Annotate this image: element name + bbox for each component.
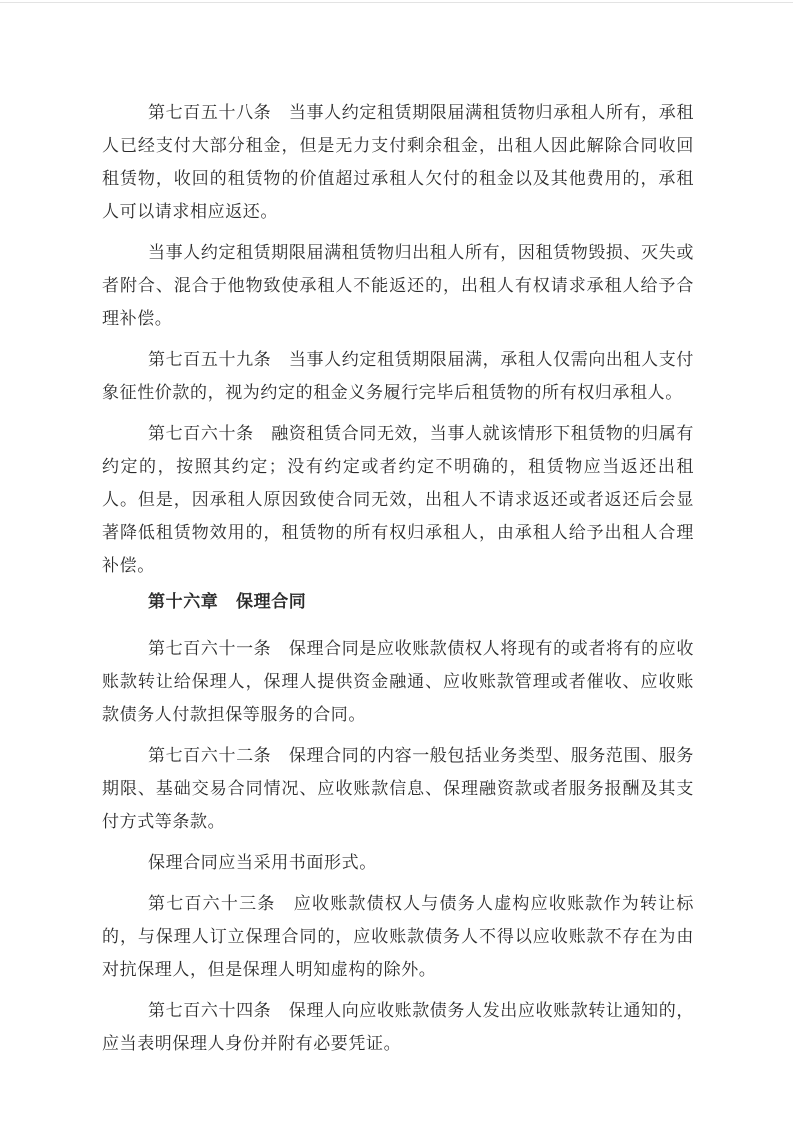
article-paragraph: 第七百六十条 融资租赁合同无效，当事人就该情形下租赁物的归属有约定的，按照其约定… bbox=[102, 418, 694, 583]
document-page: 第七百五十八条 当事人约定租赁期限届满租赁物归承租人所有，承租人已经支付大部分租… bbox=[0, 0, 793, 1122]
article-paragraph: 第七百六十四条 保理人向应收账款债务人发出应收账款转让通知的，应当表明保理人身份… bbox=[102, 995, 694, 1061]
article-paragraph: 第七百五十八条 当事人约定租赁期限届满租赁物归承租人所有，承租人已经支付大部分租… bbox=[102, 97, 694, 229]
article-paragraph: 第七百六十二条 保理合同的内容一般包括业务类型、服务范围、服务期限、基础交易合同… bbox=[102, 740, 694, 839]
chapter-heading: 第十六章 保理合同 bbox=[102, 586, 694, 619]
article-paragraph: 当事人约定租赁期限届满租赁物归出租人所有，因租赁物毁损、灭失或者附合、混合于他物… bbox=[102, 237, 694, 336]
document-body: 第七百五十八条 当事人约定租赁期限届满租赁物归承租人所有，承租人已经支付大部分租… bbox=[102, 97, 694, 1069]
article-paragraph: 第七百六十一条 保理合同是应收账款债权人将现有的或者将有的应收账款转让给保理人，… bbox=[102, 633, 694, 732]
article-paragraph: 保理合同应当采用书面形式。 bbox=[102, 847, 694, 880]
article-paragraph: 第七百五十九条 当事人约定租赁期限届满，承租人仅需向出租人支付象征性价款的，视为… bbox=[102, 344, 694, 410]
article-paragraph: 第七百六十三条 应收账款债权人与债务人虚构应收账款作为转让标的，与保理人订立保理… bbox=[102, 888, 694, 987]
page-top-edge-divider bbox=[0, 2, 793, 3]
